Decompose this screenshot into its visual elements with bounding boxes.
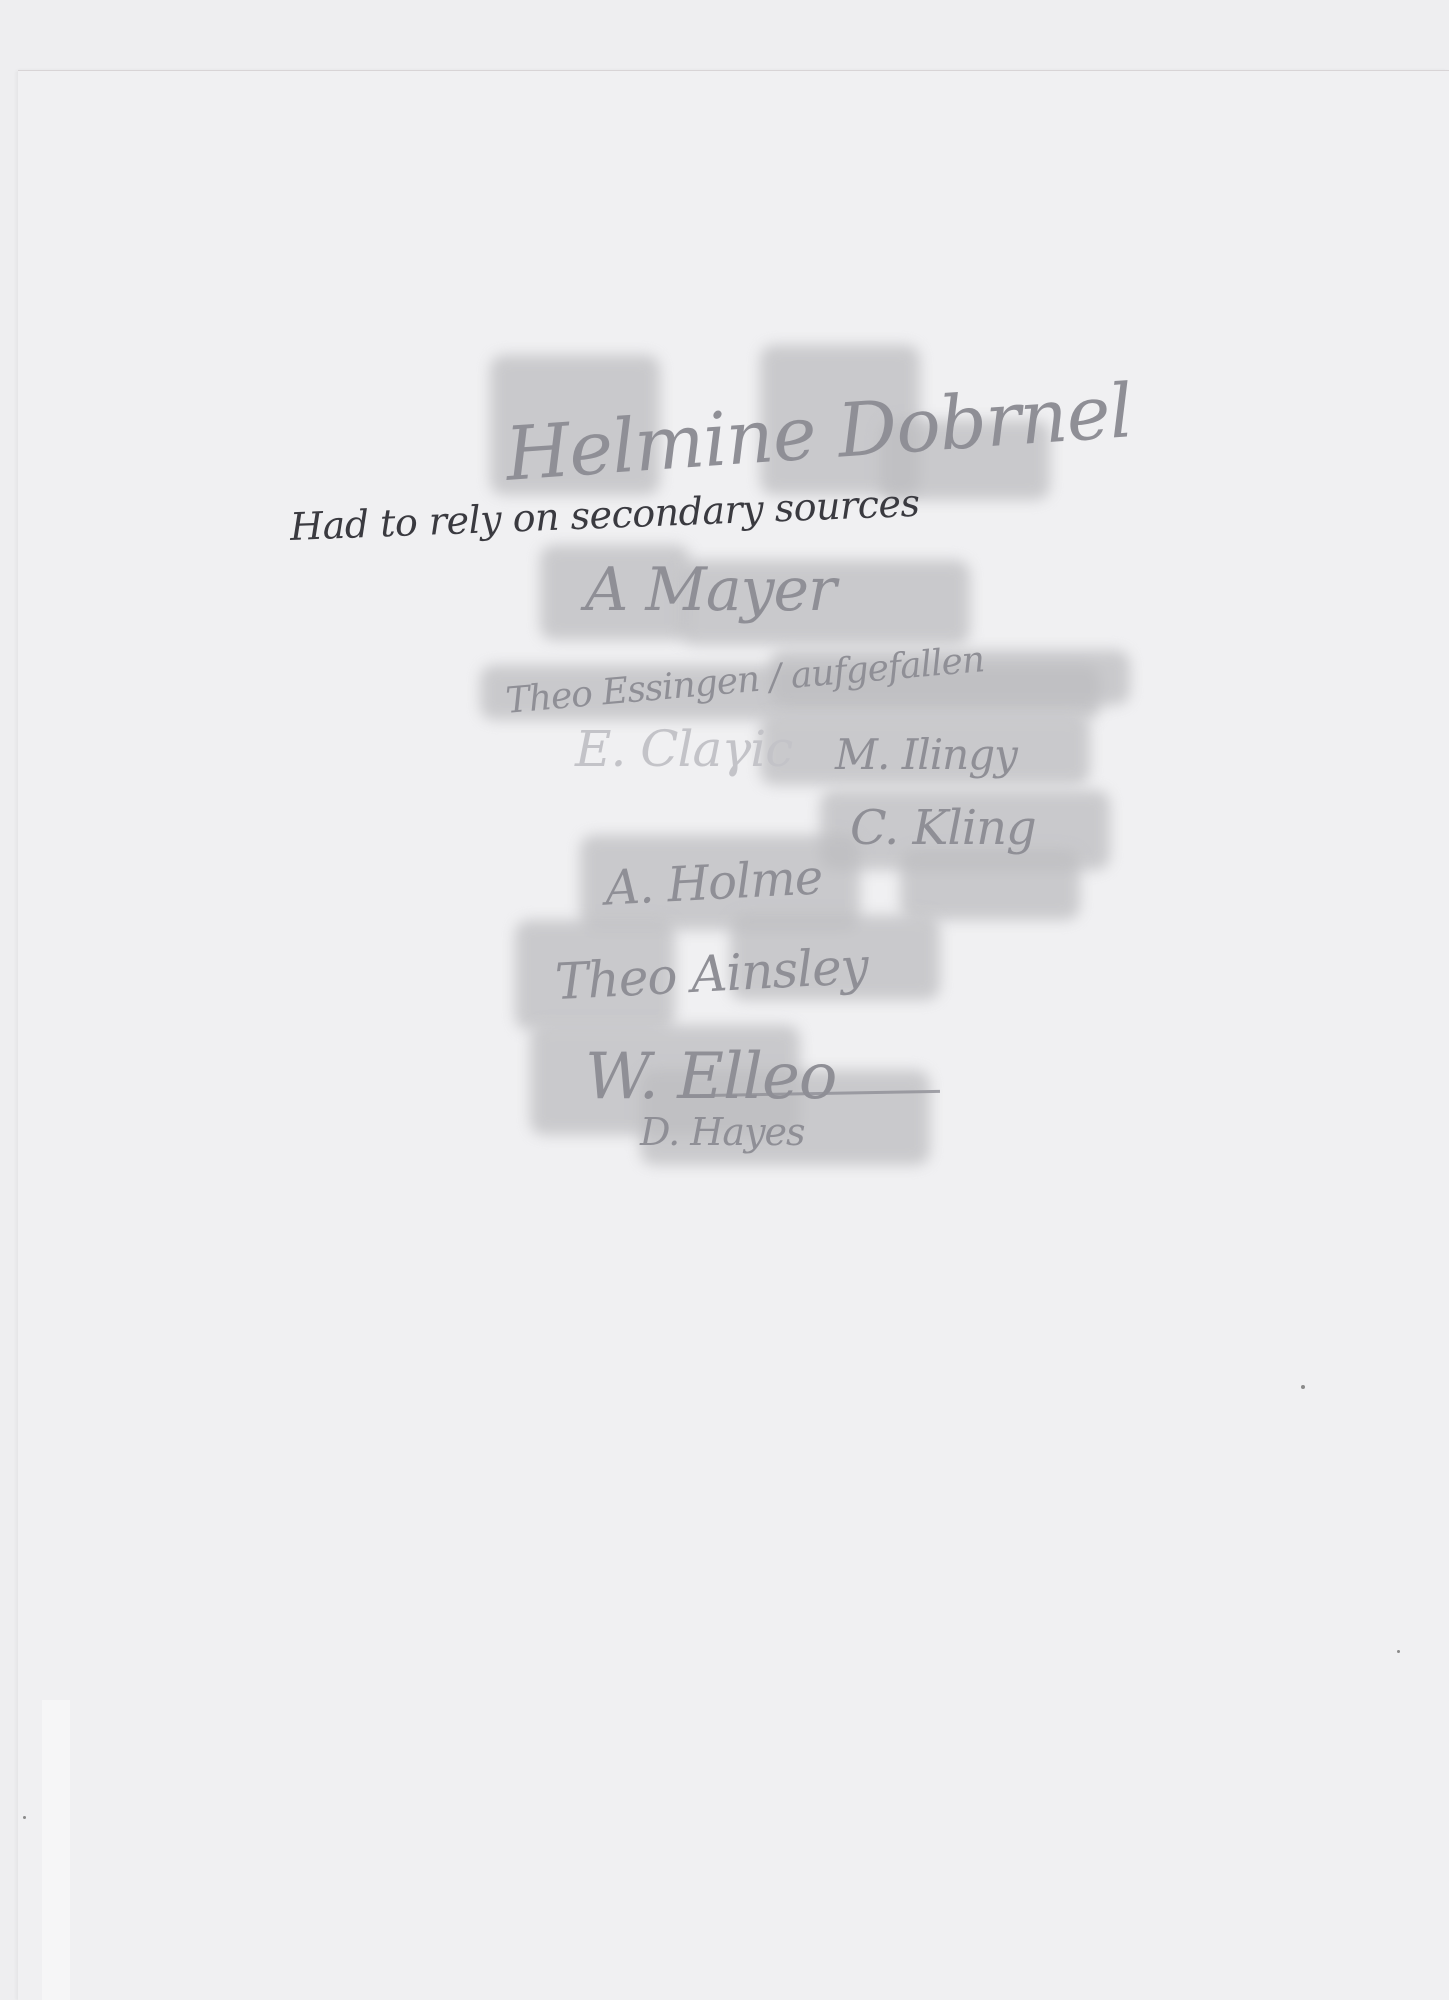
signature-4: E. Claγic — [575, 720, 792, 778]
signature-7: A. Holme — [604, 849, 824, 916]
signature-5: M. Ilingy — [835, 730, 1017, 779]
signature-6: C. Kling — [850, 800, 1036, 856]
scan-speck — [1301, 1385, 1305, 1389]
signature-10: D. Hayes — [640, 1110, 805, 1154]
signature-9: W. Elleo — [585, 1040, 836, 1114]
page-edge-shadow — [42, 1700, 70, 2000]
scan-speck — [23, 1816, 26, 1819]
signature-2: A Mayer — [585, 555, 836, 625]
scan-speck — [1397, 1650, 1400, 1653]
